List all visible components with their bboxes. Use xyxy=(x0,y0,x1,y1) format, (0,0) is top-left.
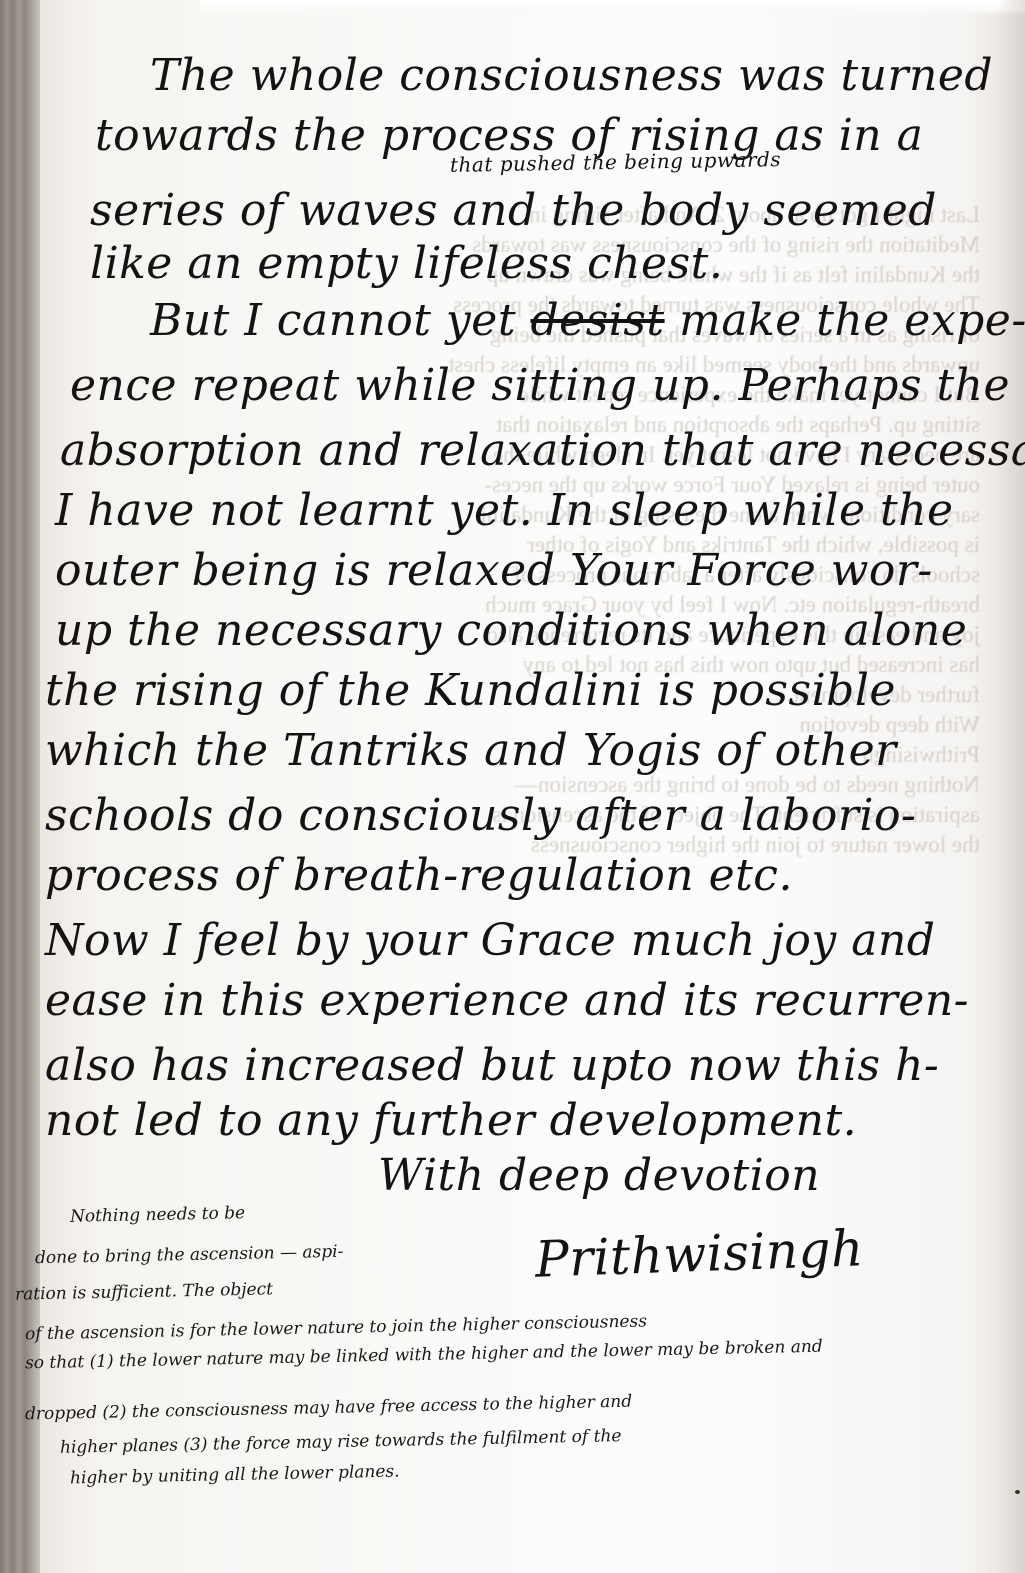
letter-line: up the necessary conditions when alone xyxy=(55,605,967,656)
letter-line: also has increased but upto now this h- xyxy=(45,1040,939,1091)
letter-line: outer being is relaxed Your Force wor- xyxy=(55,545,933,596)
letter-line: schools do consciously after a laborio- xyxy=(45,790,916,841)
letter-line: ease in this experience and its recurren… xyxy=(45,975,969,1026)
page-top-edge xyxy=(200,0,1025,16)
letter-line: which the Tantriks and Yogis of other xyxy=(45,725,897,776)
letter-line: not led to any further development. xyxy=(45,1095,857,1146)
letter-line: The whole consciousness was turned xyxy=(150,50,993,101)
letter-line: the rising of the Kundalini is possible xyxy=(45,665,896,716)
letter-line: I have not learnt yet. In sleep while th… xyxy=(55,485,954,536)
signature: Prithwisingh xyxy=(534,1219,865,1288)
letter-line: Now I feel by your Grace much joy and xyxy=(45,915,935,966)
letter-line: absorption and relaxation that are neces… xyxy=(60,425,1025,476)
ink-speck xyxy=(1015,1490,1020,1494)
letter-line: But I cannot yet desist make the expe- xyxy=(150,295,1025,346)
letter-line: process of breath-regulation etc. xyxy=(45,850,793,901)
letter-closing: With deep devotion xyxy=(378,1150,820,1201)
letter-line: ence repeat while sitting up. Perhaps th… xyxy=(70,360,1010,411)
struck-word: desist xyxy=(530,295,664,346)
letter-line: series of waves and the body seemed xyxy=(90,185,937,236)
letter-line: towards the process of rising as in a xyxy=(95,110,923,161)
reply-note-line: Nothing needs to be xyxy=(70,1203,245,1227)
letter-line: like an empty lifeless chest. xyxy=(90,238,723,289)
page-right-edge-shadow xyxy=(997,0,1025,1573)
